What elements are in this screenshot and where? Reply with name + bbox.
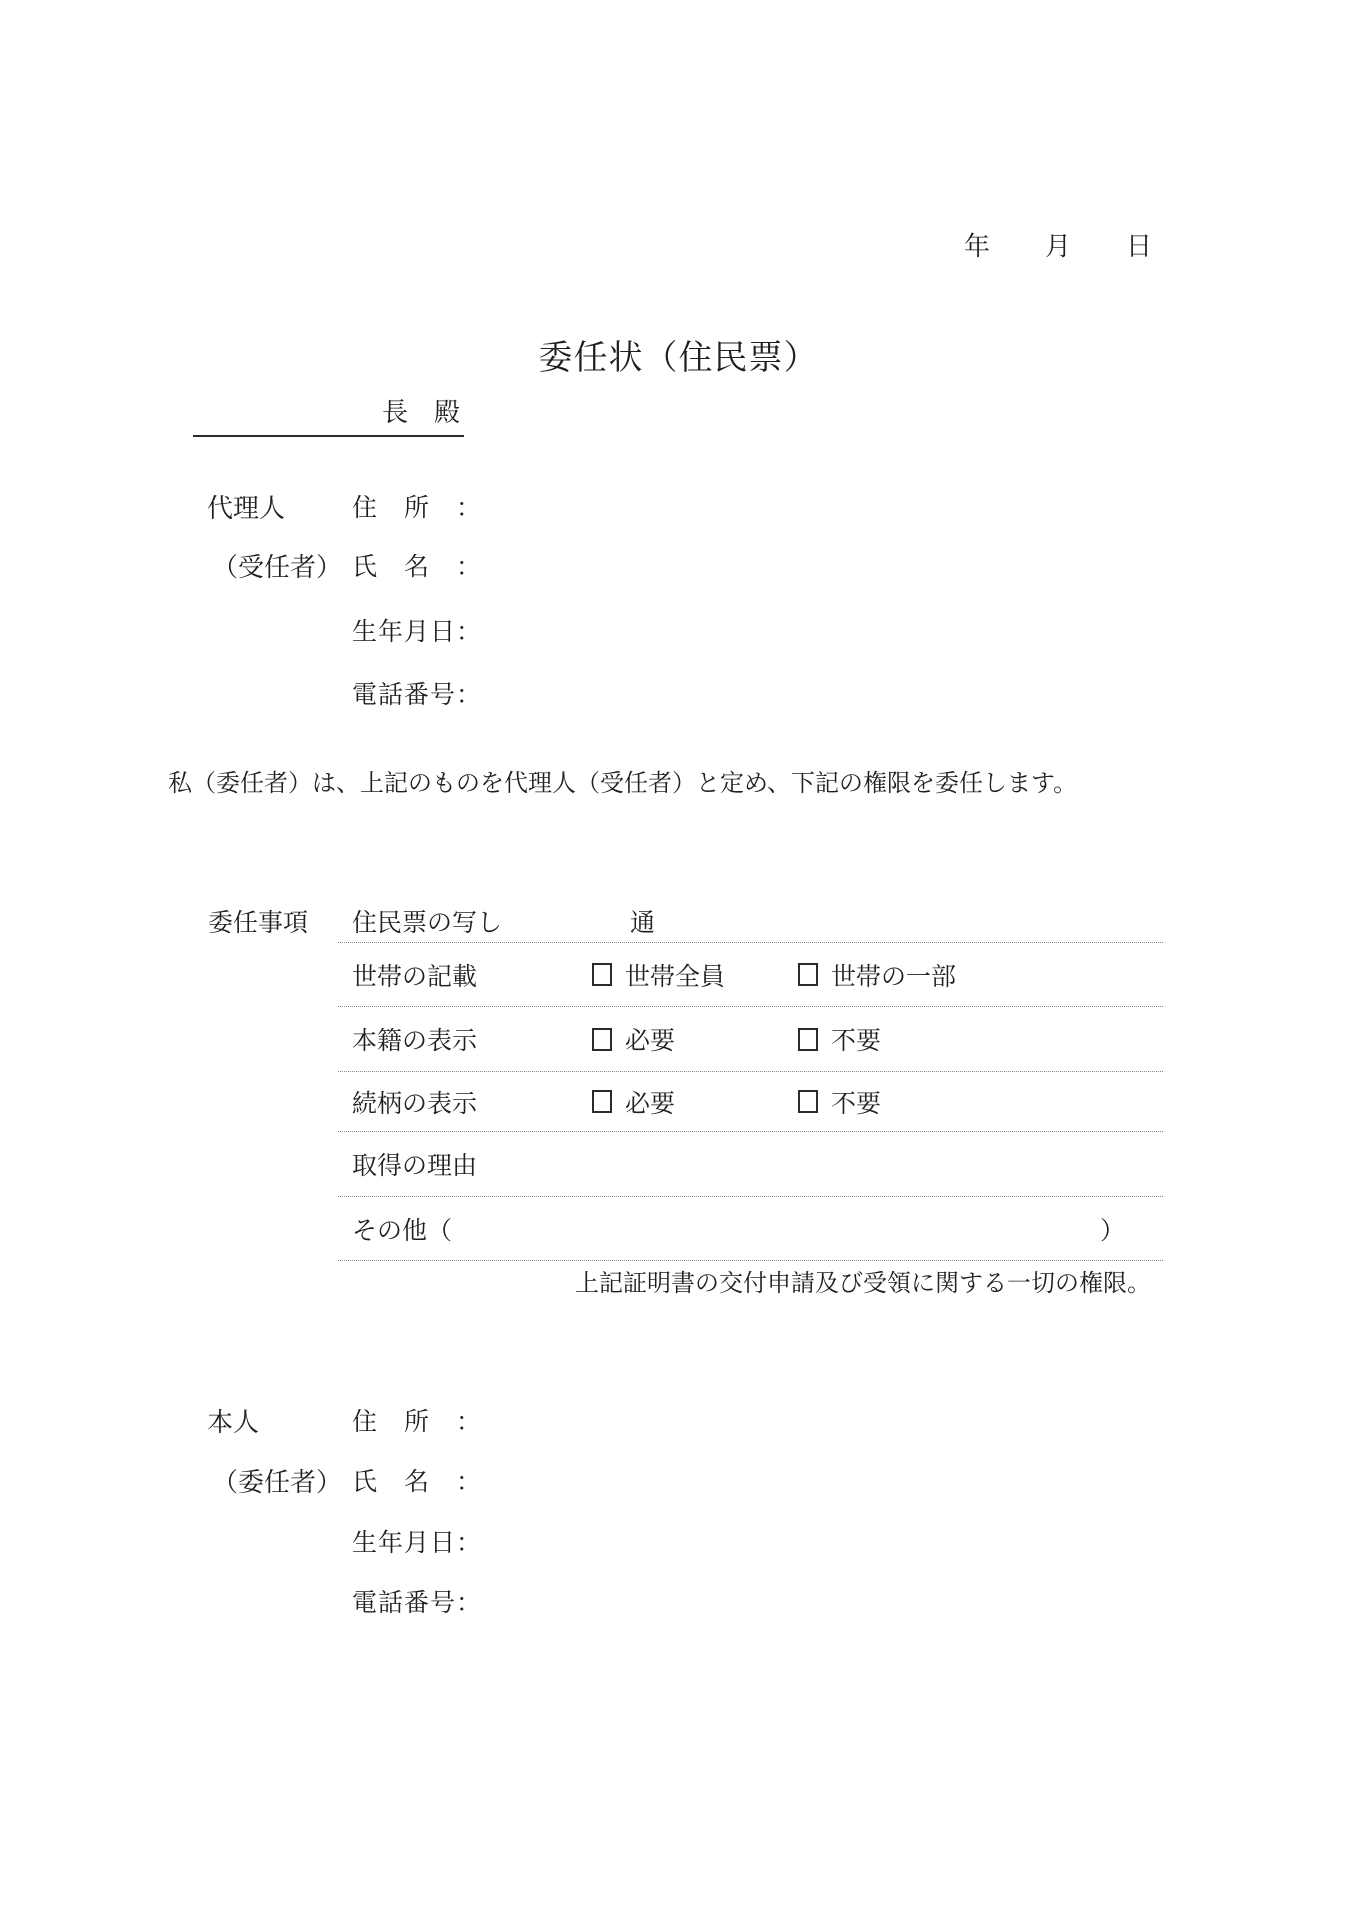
row-label: 世帯の記載: [352, 957, 477, 993]
table-row-relationship: 続柄の表示 必要 不要: [338, 1072, 1163, 1132]
empty-checkbox-icon[interactable]: [798, 1028, 818, 1051]
row-label: 取得の理由: [352, 1146, 477, 1182]
proxy-document-page: 年 月 日 委任状（住民票） 長 殿 代理人 （受任者） 住 所 ： 氏 名 ：…: [0, 0, 1357, 1920]
addressee-line: 長 殿: [193, 392, 464, 437]
option-label: 世帯全員: [625, 957, 725, 993]
option-relationship-not-needed: 不要: [798, 1084, 881, 1120]
document-title: 委任状（住民票）: [0, 330, 1357, 379]
option-household-part: 世帯の一部: [798, 957, 956, 993]
option-domicile-needed: 必要: [592, 1021, 675, 1057]
addressee-honorific: 長 殿: [382, 398, 460, 427]
principal-role-sub-label: （委任者）: [212, 1462, 342, 1499]
table-row-reason: 取得の理由: [338, 1132, 1163, 1197]
principal-birthdate-label: 生年月日：: [352, 1523, 482, 1559]
agent-address-label: 住 所 ：: [352, 488, 482, 524]
option-relationship-needed: 必要: [592, 1084, 675, 1120]
table-row-copies: 住民票の写し 通: [338, 900, 1163, 943]
empty-checkbox-icon[interactable]: [798, 963, 818, 986]
option-label: 不要: [831, 1021, 881, 1057]
agent-role-sub-label: （受任者）: [212, 547, 342, 584]
empty-checkbox-icon[interactable]: [798, 1090, 818, 1113]
agent-role-label: 代理人: [207, 488, 285, 525]
option-label: 必要: [625, 1084, 675, 1120]
matters-section-label: 委任事項: [208, 903, 308, 939]
row-label: 続柄の表示: [352, 1084, 477, 1120]
option-label: 必要: [625, 1021, 675, 1057]
agent-phone-label: 電話番号：: [352, 675, 482, 711]
row-label: その他（: [352, 1211, 452, 1247]
option-household-all: 世帯全員: [592, 957, 725, 993]
other-close-paren: ）: [1100, 1211, 1125, 1247]
agent-name-label: 氏 名 ：: [352, 547, 482, 583]
row-label: 住民票の写し: [352, 903, 502, 939]
declaration-text: 私（委任者）は、上記のものを代理人（受任者）と定め、下記の権限を委任します。: [168, 763, 1077, 798]
table-row-household: 世帯の記載 世帯全員 世帯の一部: [338, 943, 1163, 1007]
agent-birthdate-label: 生年月日：: [352, 612, 482, 648]
table-row-other: その他（ ）: [338, 1197, 1163, 1261]
copies-unit-label: 通: [630, 903, 655, 939]
authority-note: 上記証明書の交付申請及び受領に関する一切の権限。: [338, 1263, 1163, 1298]
option-domicile-not-needed: 不要: [798, 1021, 881, 1057]
principal-role-label: 本人: [207, 1402, 259, 1439]
empty-checkbox-icon[interactable]: [592, 963, 612, 986]
option-label: 不要: [831, 1084, 881, 1120]
empty-checkbox-icon[interactable]: [592, 1028, 612, 1051]
principal-name-label: 氏 名 ：: [352, 1462, 482, 1498]
empty-checkbox-icon[interactable]: [592, 1090, 612, 1113]
row-label: 本籍の表示: [352, 1021, 477, 1057]
principal-address-label: 住 所 ：: [352, 1402, 482, 1438]
principal-phone-label: 電話番号：: [352, 1583, 482, 1619]
option-label: 世帯の一部: [831, 957, 956, 993]
matters-table: 住民票の写し 通 世帯の記載 世帯全員 世帯の一部 本籍の表示 必要 不要: [338, 900, 1163, 1261]
date-line: 年 月 日: [964, 226, 1153, 263]
table-row-registered-domicile: 本籍の表示 必要 不要: [338, 1007, 1163, 1072]
